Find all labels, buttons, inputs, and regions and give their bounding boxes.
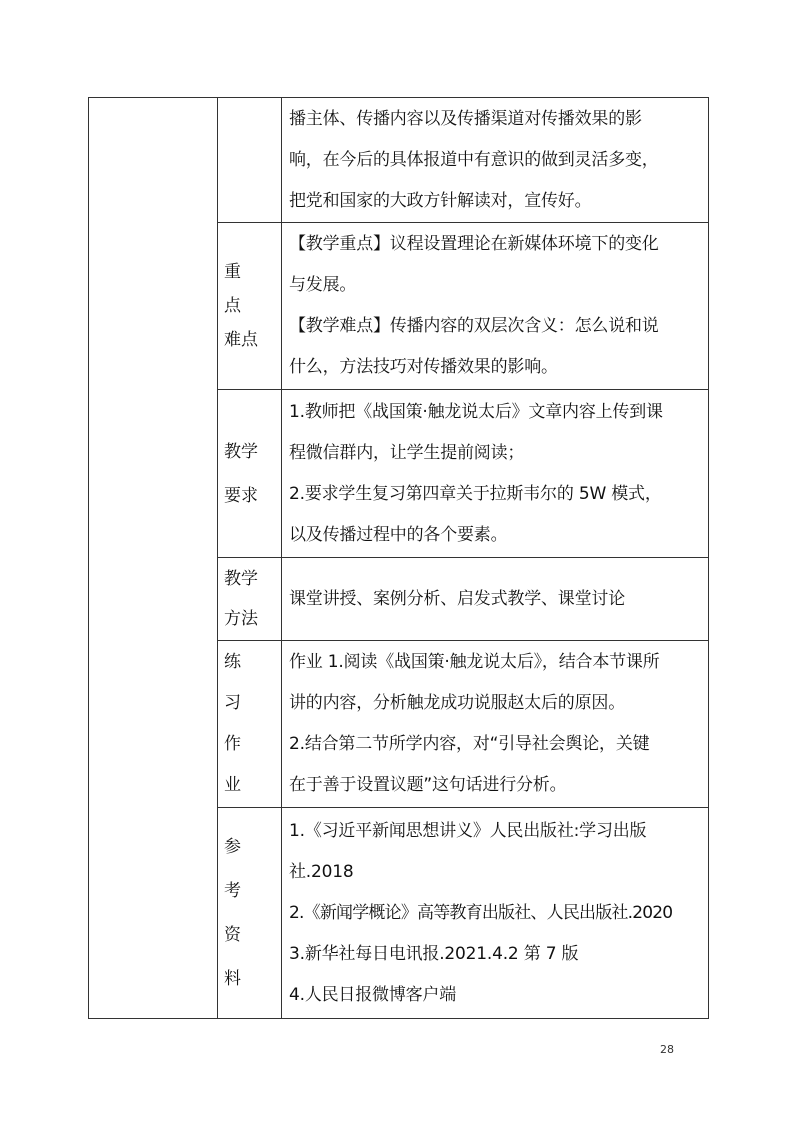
- label-line: 教学: [224, 430, 281, 474]
- label-line: 重 点: [224, 255, 281, 323]
- row-label-cell: 练 习 作 业: [218, 641, 282, 808]
- label-line: 习: [224, 683, 281, 724]
- label-line: 考: [224, 869, 281, 913]
- label-line: 作: [224, 724, 281, 765]
- row-content-cell: 播主体、传播内容以及传播渠道对传播效果的影 响，在今后的具体报道中有意识的做到灵…: [282, 98, 709, 223]
- content-line: 把党和国家的大政方针解读对，宣传好。: [289, 181, 704, 222]
- content-line: 课堂讲授、案例分析、启发式教学、课堂讨论: [289, 579, 704, 620]
- row-content-cell: 作业 1.阅读《战国策·触龙说太后》，结合本节课所 讲的内容，分析触龙成功说服赵…: [282, 641, 709, 808]
- outer-label-cell: [89, 98, 218, 1019]
- row-label-cell: [218, 98, 282, 223]
- row-label-cell: 教学 方法: [218, 558, 282, 641]
- content-line: 【教学难点】传播内容的双层次含义：怎么说和说: [289, 306, 704, 347]
- label-line: 方法: [224, 599, 281, 639]
- content-line: 2.结合第二节所学内容，对“引导社会舆论，关键: [289, 724, 704, 765]
- table-row: 播主体、传播内容以及传播渠道对传播效果的影 响，在今后的具体报道中有意识的做到灵…: [89, 98, 709, 223]
- content-line: 作业 1.阅读《战国策·触龙说太后》，结合本节课所: [289, 642, 704, 683]
- content-line: 3.新华社每日电讯报.2021.4.2 第 7 版: [289, 934, 704, 975]
- content-line: 1.教师把《战国策·触龙说太后》文章内容上传到课: [289, 392, 704, 433]
- content-line: 什么，方法技巧对传播效果的影响。: [289, 347, 704, 388]
- label-line: 料: [224, 957, 281, 1001]
- label-line: 难点: [224, 323, 281, 357]
- label-line: 练: [224, 642, 281, 683]
- content-line: 2.要求学生复习第四章关于拉斯韦尔的 5W 模式，: [289, 474, 704, 515]
- row-content-cell: 【教学重点】议程设置理论在新媒体环境下的变化 与发展。 【教学难点】传播内容的双…: [282, 223, 709, 390]
- row-label-cell: 重 点 难点: [218, 223, 282, 390]
- content-line: 以及传播过程中的各个要素。: [289, 515, 704, 556]
- row-label-cell: 参 考 资 料: [218, 808, 282, 1019]
- content-line: 响，在今后的具体报道中有意识的做到灵活多变，: [289, 140, 704, 181]
- row-content-cell: 课堂讲授、案例分析、启发式教学、课堂讨论: [282, 558, 709, 641]
- page-number: 28: [660, 1043, 674, 1056]
- content-line: 社.2018: [289, 852, 704, 893]
- content-line: 程微信群内，让学生提前阅读；: [289, 433, 704, 474]
- content-line: 2.《新闻学概论》高等教育出版社、人民出版社.2020: [289, 893, 704, 934]
- label-line: 资: [224, 913, 281, 957]
- row-label-cell: 教学 要求: [218, 390, 282, 558]
- content-line: 1.《习近平新闻思想讲义》人民出版社:学习出版: [289, 811, 704, 852]
- content-line: 与发展。: [289, 265, 704, 306]
- label-line: 教学: [224, 559, 281, 599]
- content-line: 【教学重点】议程设置理论在新媒体环境下的变化: [289, 224, 704, 265]
- row-content-cell: 1.教师把《战国策·触龙说太后》文章内容上传到课 程微信群内，让学生提前阅读； …: [282, 390, 709, 558]
- label-line: 要求: [224, 474, 281, 518]
- content-line: 讲的内容，分析触龙成功说服赵太后的原因。: [289, 683, 704, 724]
- row-content-cell: 1.《习近平新闻思想讲义》人民出版社:学习出版 社.2018 2.《新闻学概论》…: [282, 808, 709, 1019]
- lesson-plan-table: 播主体、传播内容以及传播渠道对传播效果的影 响，在今后的具体报道中有意识的做到灵…: [88, 97, 709, 1019]
- content-line: 4.人民日报微博客户端: [289, 975, 704, 1016]
- label-line: 参: [224, 825, 281, 869]
- content-line: 在于善于设置议题”这句话进行分析。: [289, 765, 704, 806]
- label-line: 业: [224, 765, 281, 806]
- content-line: 播主体、传播内容以及传播渠道对传播效果的影: [289, 99, 704, 140]
